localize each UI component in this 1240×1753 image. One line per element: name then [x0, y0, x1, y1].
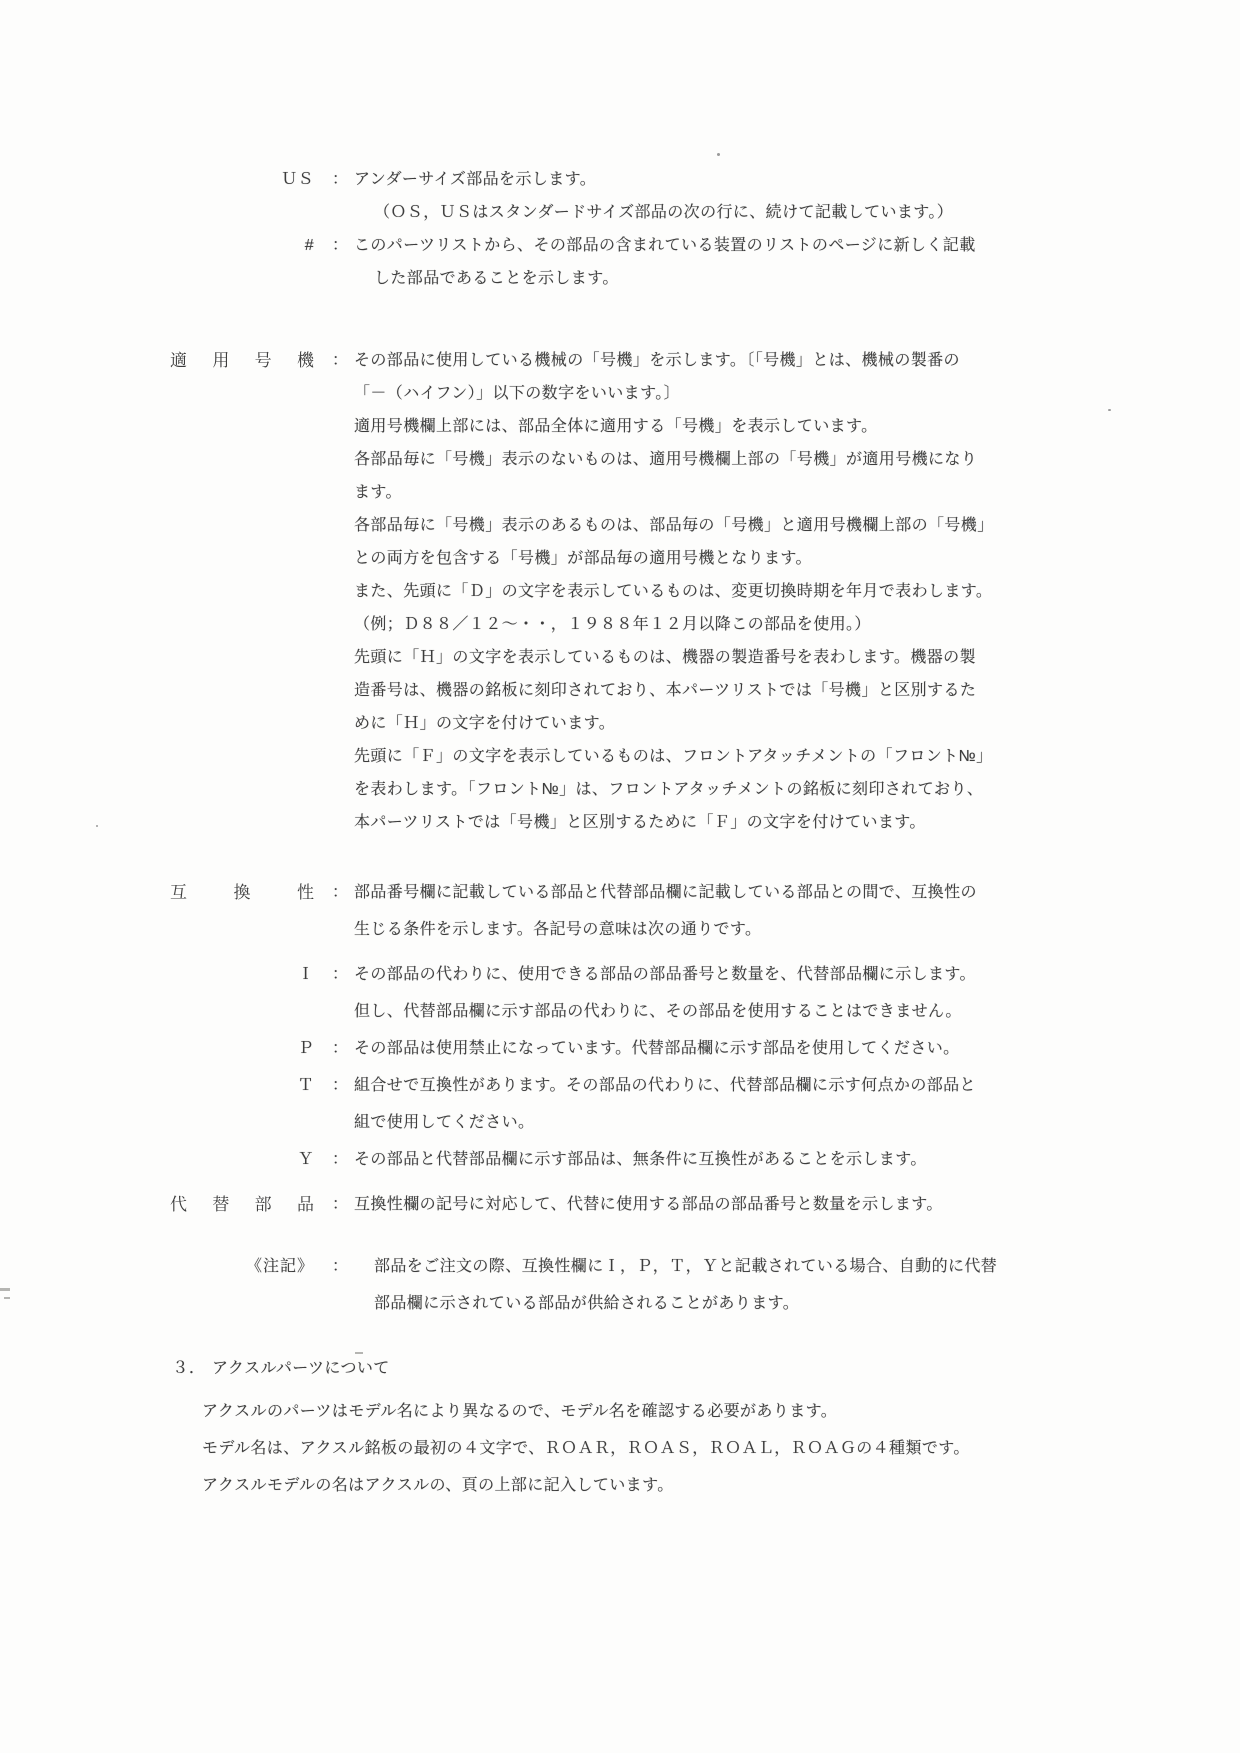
- code-colon: ：: [332, 1067, 354, 1141]
- scan-speck: [96, 825, 98, 827]
- text-line: 組合せで互換性があります。その部品の代わりに、代替部品欄に示す何点かの部品と: [354, 1067, 1130, 1104]
- scan-smudge: [355, 1352, 363, 1354]
- legend-colon: ：: [332, 229, 354, 295]
- text-line: （例；Ｄ８８／１２～・・，１９８８年１２月以降この部品を使用。）: [354, 608, 1130, 641]
- code-symbol-I: Ｉ: [170, 956, 332, 1030]
- text-line: その部品は使用禁止になっています。代替部品欄に示す部品を使用してください。: [354, 1030, 1130, 1067]
- scanned-document-page: ＵＳ ： アンダーサイズ部品を示します。 （ＯＳ，ＵＳはスタンダードサイズ部品の…: [0, 0, 1240, 1753]
- legend-hash-line1: このパーツリストから、その部品の含まれている装置のリストのページに新しく記載: [354, 229, 1130, 262]
- axle-section-title: アクスルパーツについて: [212, 1350, 390, 1387]
- code-colon: ：: [332, 1030, 354, 1067]
- scan-speck: [717, 153, 720, 156]
- code-symbol-Y: Ｙ: [170, 1141, 332, 1178]
- text-line: 各部品毎に「号機」表示のあるものは、部品毎の「号機」と適用号機欄上部の「号機」: [354, 509, 1130, 542]
- substitute-parts-colon: ：: [332, 1186, 354, 1223]
- text-line: 造番号は、機器の銘板に刻印されており、本パーツリストでは「号機」と区別するた: [354, 674, 1130, 707]
- interchangeability-label: 互換性: [170, 874, 332, 948]
- substitute-parts-label: 代替部品: [170, 1186, 332, 1223]
- legend-symbol-us: ＵＳ: [170, 163, 332, 229]
- text-line: との両方を包含する「号機」が部品毎の適用号機となります。: [354, 542, 1130, 575]
- axle-parts-section: ３． アクスルパーツについて アクスルのパーツはモデル名により異なるので、モデル…: [172, 1350, 1132, 1504]
- text-line: 部品番号欄に記載している部品と代替部品欄に記載している部品との間で、互換性の: [354, 874, 1130, 911]
- note-colon: ：: [332, 1248, 354, 1322]
- note-section: 《注記》 ： 部品をご注文の際、互換性欄にＩ，Ｐ，Ｔ，Ｙと記載されている場合、自…: [170, 1248, 1130, 1322]
- text-line: めに「Ｈ」の文字を付けています。: [354, 707, 1130, 740]
- legend-us-line2: （ＯＳ，ＵＳはスタンダードサイズ部品の次の行に、続けて記載しています。）: [354, 196, 1130, 229]
- legend-colon: ：: [332, 163, 354, 229]
- code-row-T: Ｔ ： 組合せで互換性があります。その部品の代わりに、代替部品欄に示す何点かの部…: [170, 1067, 1130, 1141]
- text-line: を表わします。「フロント№」は、フロントアタッチメントの銘板に刻印されており、: [354, 773, 1130, 806]
- interchangeability-colon: ：: [332, 874, 354, 948]
- legend-hash-line2: した部品であることを示します。: [354, 262, 1130, 295]
- text-line: 互換性欄の記号に対応して、代替に使用する部品の部品番号と数量を示します。: [354, 1186, 1130, 1223]
- code-colon: ：: [332, 956, 354, 1030]
- substitute-parts-section: 代替部品 ： 互換性欄の記号に対応して、代替に使用する部品の部品番号と数量を示し…: [170, 1186, 1130, 1223]
- legend-us-line1: アンダーサイズ部品を示します。: [354, 163, 1130, 196]
- text-line: 「－（ハイフン）」以下の数字をいいます。〕: [354, 377, 1130, 410]
- code-row-Y: Ｙ ： その部品と代替部品欄に示す部品は、無条件に互換性があることを示します。: [170, 1141, 1130, 1178]
- legend-row-us: ＵＳ ： アンダーサイズ部品を示します。 （ＯＳ，ＵＳはスタンダードサイズ部品の…: [170, 163, 1130, 229]
- text-line: 組で使用してください。: [354, 1104, 1130, 1141]
- note-label: 《注記》: [170, 1248, 332, 1322]
- text-line: その部品の代わりに、使用できる部品の部品番号と数量を、代替部品欄に示します。: [354, 956, 1130, 993]
- text-line: 適用号機欄上部には、部品全体に適用する「号機」を表示しています。: [354, 410, 1130, 443]
- text-line: その部品に使用している機械の「号機」を示します。〔「号機」とは、機械の製番の: [354, 344, 1130, 377]
- scan-smudge: [4, 1297, 10, 1299]
- code-symbol-P: Ｐ: [170, 1030, 332, 1067]
- text-line: 部品をご注文の際、互換性欄にＩ，Ｐ，Ｔ，Ｙと記載されている場合、自動的に代替: [374, 1248, 1130, 1285]
- scan-smudge: [0, 1288, 10, 1291]
- text-line: 各部品毎に「号機」表示のないものは、適用号機欄上部の「号機」が適用号機になり: [354, 443, 1130, 476]
- code-row-I: Ｉ ： その部品の代わりに、使用できる部品の部品番号と数量を、代替部品欄に示しま…: [170, 956, 1130, 1030]
- text-line: ます。: [354, 476, 1130, 509]
- scan-speck: [1108, 409, 1111, 411]
- code-colon: ：: [332, 1141, 354, 1178]
- text-line: アクスルモデルの名はアクスルの、頁の上部に記入しています。: [202, 1467, 1132, 1504]
- code-symbol-T: Ｔ: [170, 1067, 332, 1141]
- text-line: 本パーツリストでは「号機」と区別するために「Ｆ」の文字を付けています。: [354, 806, 1130, 839]
- interchangeability-codes: Ｉ ： その部品の代わりに、使用できる部品の部品番号と数量を、代替部品欄に示しま…: [170, 956, 1130, 1178]
- text-line: 生じる条件を示します。各記号の意味は次の通りです。: [354, 911, 1130, 948]
- axle-section-number: ３．: [172, 1350, 212, 1387]
- text-line: 但し、代替部品欄に示す部品の代わりに、その部品を使用することはできません。: [354, 993, 1130, 1030]
- applicable-serial-section: 適用号機 ： その部品に使用している機械の「号機」を示します。〔「号機」とは、機…: [170, 344, 1130, 839]
- text-line: その部品と代替部品欄に示す部品は、無条件に互換性があることを示します。: [354, 1141, 1130, 1178]
- code-row-P: Ｐ ： その部品は使用禁止になっています。代替部品欄に示す部品を使用してください…: [170, 1030, 1130, 1067]
- text-line: 部品欄に示されている部品が供給されることがあります。: [374, 1285, 1130, 1322]
- applicable-serial-label: 適用号機: [170, 344, 332, 839]
- text-line: アクスルのパーツはモデル名により異なるので、モデル名を確認する必要があります。: [202, 1393, 1132, 1430]
- text-line: 先頭に「Ｈ」の文字を表示しているものは、機器の製造番号を表わします。機器の製: [354, 641, 1130, 674]
- legend-row-hash: # ： このパーツリストから、その部品の含まれている装置のリストのページに新しく…: [170, 229, 1130, 295]
- applicable-serial-colon: ：: [332, 344, 354, 839]
- text-line: モデル名は、アクスル銘板の最初の４文字で、ＲＯＡＲ，ＲＯＡＳ，ＲＯＡＬ，ＲＯＡＧ…: [202, 1430, 1132, 1467]
- legend-symbol-hash: #: [170, 229, 332, 295]
- text-line: 先頭に「Ｆ」の文字を表示しているものは、フロントアタッチメントの「フロント№」: [354, 740, 1130, 773]
- interchangeability-section: 互換性 ： 部品番号欄に記載している部品と代替部品欄に記載している部品との間で、…: [170, 874, 1130, 1178]
- legend-section: ＵＳ ： アンダーサイズ部品を示します。 （ＯＳ，ＵＳはスタンダードサイズ部品の…: [170, 163, 1130, 295]
- text-line: また、先頭に「Ｄ」の文字を表示しているものは、変更切換時期を年月で表わします。: [354, 575, 1130, 608]
